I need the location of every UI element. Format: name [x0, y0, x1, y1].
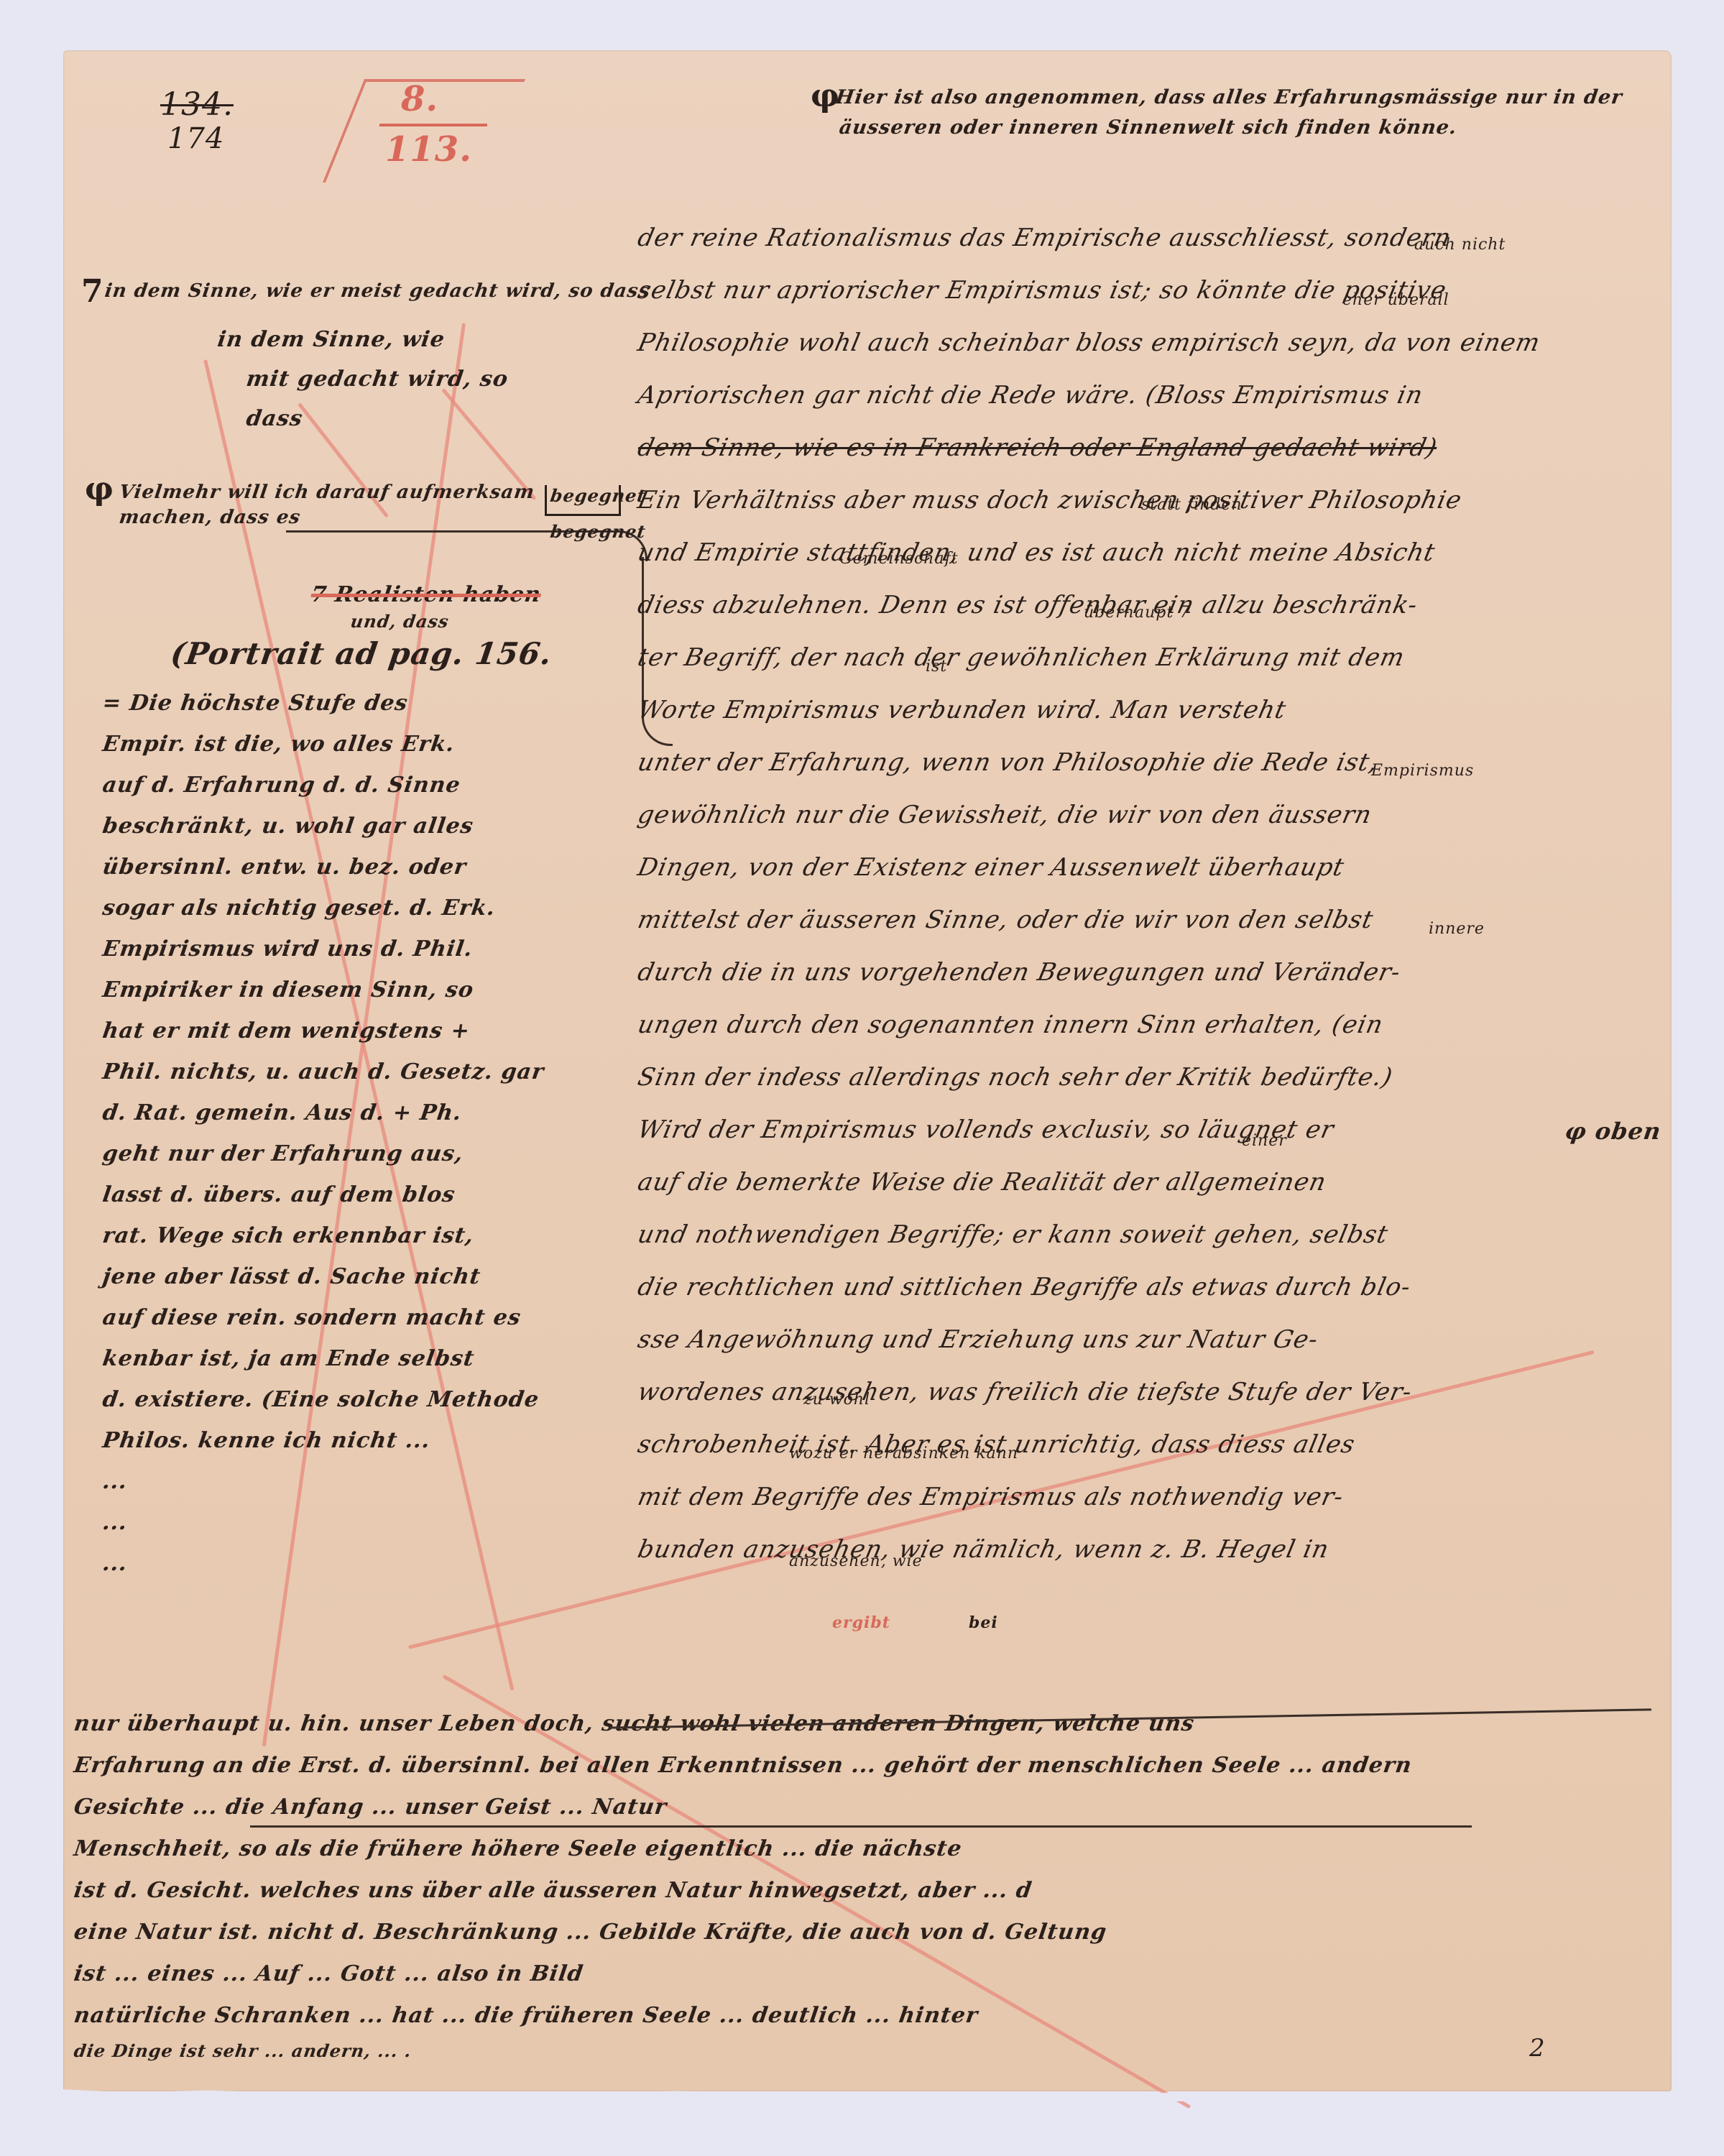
main-text-line: Apriorischen gar nicht die Rede wäre. (B… [632, 369, 1650, 422]
main-text-line: mit dem Begriffe des Empirismus als noth… [632, 1471, 1650, 1524]
left-body-line: Phil. nichts, u. auch d. Gesetz. gar [100, 1051, 623, 1092]
manuscript-page: 134. 174 8. 113. φ Hier ist also angenom… [63, 50, 1672, 2091]
main-text-line: ter Begriff, der nach der gewöhnlichen E… [632, 632, 1650, 684]
top-note-line: Hier ist also angenommen, dass alles Erf… [834, 86, 1624, 109]
left-body-line: hat er mit dem wenigstens + [100, 1010, 623, 1051]
main-text-line: und nothwendigen Begriffe; er kann sowei… [632, 1209, 1650, 1261]
left-body-line: Empirismus wird uns d. Phil. [100, 929, 623, 969]
main-text-line: ungen durch den sogenannten innern Sinn … [632, 999, 1650, 1051]
interlinear-insert: Gemeinschaft [839, 550, 959, 568]
main-text-line: Philosophie wohl auch scheinbar bloss em… [632, 317, 1650, 369]
main-text-line: Wird der Empirismus vollends exclusiv, s… [632, 1104, 1650, 1156]
interlinear-insert: innere [1429, 920, 1485, 938]
left-body-line: d. existiere. (Eine solche Methode [100, 1379, 623, 1420]
interlinear-insert: einer [1242, 1132, 1287, 1150]
note-marker-7: 7 [81, 273, 104, 310]
left-body-line: geht nur der Erfahrung aus, [100, 1133, 623, 1174]
left-body-line: ... [100, 1502, 623, 1543]
top-note-line: äusseren oder inneren Sinnenwelt sich fi… [838, 116, 1459, 139]
left-note-struck: 7 Realisten haben [310, 582, 543, 607]
red-insert: ergibt [832, 1613, 890, 1632]
left-body-line: beschränkt, u. wohl gar alles [100, 806, 623, 847]
bottom-note-line: Menschheit, so als die frühere höhere Se… [71, 1828, 1658, 1870]
main-text-line: sse Angewöhnung und Erziehung uns zur Na… [632, 1314, 1650, 1366]
bottom-note-line: eine Natur ist. nicht d. Beschränkung ..… [71, 1912, 1658, 1953]
left-body-line: ... [100, 1543, 623, 1584]
portrait-heading: (Portrait ad pag. 156. [169, 636, 555, 671]
paragraph-marker-icon: φ [85, 471, 114, 507]
left-column-body: = Die höchste Stufe des Empir. ist die, … [103, 683, 620, 1584]
left-note-line: Vielmehr will ich darauf aufmerksam [118, 482, 536, 503]
bottom-note-line: Gesichte ... die Anfang ... unser Geist … [71, 1787, 1658, 1828]
left-body-line: ... [100, 1461, 623, 1502]
left-note-line: mit gedacht wird, so [245, 367, 510, 392]
left-note-line: in dem Sinne, wie er meist gedacht wird,… [103, 280, 651, 302]
main-text-column: der reine Rationalismus das Empirische a… [638, 212, 1644, 1576]
page-end-mark: 2 [1529, 2034, 1546, 2063]
boxed-insert-text: begegnet [549, 485, 647, 506]
left-body-line: Empir. ist die, wo alles Erk. [100, 724, 623, 765]
left-body-line: kenbar ist, ja am Ende selbst [100, 1338, 623, 1379]
left-body-line: lasst d. übers. auf dem blos [100, 1174, 623, 1215]
red-folio-top: 8. [401, 79, 438, 119]
left-body-line: auf diese rein. sondern macht es [100, 1297, 623, 1338]
interlinear-insert: statt finden [1141, 496, 1243, 514]
left-note-above: und, dass [349, 611, 451, 632]
left-body-line: übersinnl. entw. u. bez. oder [100, 847, 623, 888]
main-text-line: Worte Empirismus verbunden wird. Man ver… [632, 684, 1650, 737]
bottom-notes: nur überhaupt u. hin. unser Leben doch, … [74, 1703, 1655, 2065]
old-folio-number: 134. [160, 86, 234, 123]
main-text-line: unter der Erfahrung, wenn von Philosophi… [632, 737, 1650, 789]
folio-number: 174 [167, 122, 224, 155]
interlinear-insert: ist [926, 658, 947, 676]
main-text-line: die rechtlichen und sittlichen Begriffe … [632, 1261, 1650, 1314]
main-text-line: durch die in uns vorgehenden Bewegungen … [632, 946, 1650, 999]
main-text-line: selbst nur apriorischer Empirismus ist; … [632, 264, 1650, 317]
red-fraction-bar [379, 124, 487, 126]
separator-line [250, 1825, 1472, 1828]
left-note-line: dass [245, 406, 305, 431]
left-note-line: machen, dass es [118, 507, 302, 528]
bottom-note-line: ist ... eines ... Auf ... Gott ... also … [71, 1953, 1658, 1995]
interlinear-insert: wozu er herabsinken kann [789, 1445, 1018, 1462]
left-body-line: jene aber lässt d. Sache nicht [100, 1256, 623, 1297]
main-text-line: wordenes anzusehen, was freilich die tie… [632, 1366, 1650, 1419]
main-text-line: Sinn der indess allerdings noch sehr der… [632, 1051, 1650, 1104]
red-folio-bottom: 113. [385, 129, 472, 170]
left-body-line: sogar als nichtig geset. d. Erk. [100, 888, 623, 929]
main-text-line: schrobenheit ist. Aber es ist unrichtig,… [632, 1419, 1650, 1471]
left-body-line: auf d. Erfahrung d. d. Sinne [100, 765, 623, 806]
left-note-line: in dem Sinne, wie [216, 327, 447, 352]
interlinear-insert: Empirismus [1371, 762, 1474, 780]
left-body-line: Empiriker in diesem Sinn, so [100, 969, 623, 1010]
main-text-line: und Empirie stattfinden, und es ist auch… [632, 527, 1650, 579]
main-text-line: auf die bemerkte Weise die Realität der … [632, 1156, 1650, 1209]
interlinear-insert: anzusehen, wie [789, 1552, 923, 1570]
interlinear-insert: zu wohl [803, 1391, 870, 1409]
main-text-line: gewöhnlich nur die Gewissheit, die wir v… [632, 789, 1650, 842]
main-text-line-struck: dem Sinne, wie es in Frankreich oder Eng… [632, 422, 1650, 474]
right-margin-note: φ oben [1563, 1118, 1663, 1145]
left-body-line: = Die höchste Stufe des [100, 683, 623, 724]
interlinear-insert: eher überall [1342, 291, 1449, 309]
left-body-line: Philos. kenne ich nicht ... [100, 1420, 623, 1461]
bottom-note-line: Erfahrung an die Erst. d. übersinnl. bei… [71, 1745, 1658, 1787]
left-body-line: d. Rat. gemein. Aus d. + Ph. [100, 1092, 623, 1133]
interlinear-insert: auch nicht [1414, 236, 1506, 254]
left-body-line: rat. Wege sich erkennbar ist, [100, 1215, 623, 1256]
main-text-line: mittelst der äusseren Sinne, oder die wi… [632, 894, 1650, 946]
bottom-note-line: ist d. Gesicht. welches uns über alle äu… [71, 1870, 1658, 1912]
main-text-line: bunden anzusehen, wie nämlich, wenn z. B… [632, 1524, 1650, 1576]
main-text-line: Dingen, von der Existenz einer Aussenwel… [632, 842, 1650, 894]
bottom-note-line: die Dinge ist sehr ... andern, ... . [72, 2037, 1657, 2065]
interlinear-insert: bei [969, 1613, 998, 1632]
bottom-note-line: natürliche Schranken ... hat ... die frü… [71, 1995, 1658, 2037]
interlinear-insert: überhaupt 7 [1084, 604, 1190, 622]
